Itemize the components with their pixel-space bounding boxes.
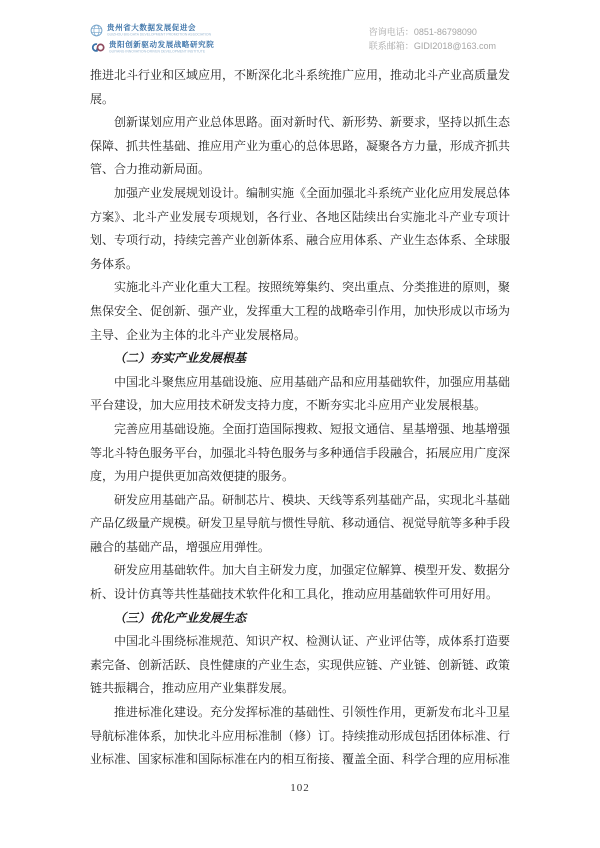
paragraph: 中国北斗聚焦应用基础设施、应用基础产品和应用基础软件，加强应用基础平台建设，加大… (90, 371, 510, 418)
document-page: { "colors": { "logo_blue": "#3a72a8", "l… (0, 0, 600, 848)
phone-label: 咨询电话： (369, 27, 414, 37)
document-body: 推进北斗行业和区域应用，不断深化北斗系统推广应用，推动北斗产业高质量发展。创新谋… (90, 64, 510, 772)
institute-logo: 贵阳创新驱动发展战略研究院 GUIYANG INNOVATION-DRIVEN … (90, 41, 229, 54)
paragraph: 创新谋划应用产业总体思路。面对新时代、新形势、新要求，坚持以抓生态保障、抓共性基… (90, 111, 510, 182)
phone-number: 0851-86798090 (414, 27, 477, 37)
paragraph: 推进北斗行业和区域应用，不断深化北斗系统推广应用，推动北斗产业高质量发展。 (90, 64, 510, 111)
paragraph: 研发应用基础产品。研制芯片、模块、天线等系列基础产品，实现北斗基础产品亿级量产规… (90, 489, 510, 560)
contact-email-line: 联系邮箱：GIDI2018@163.com (369, 39, 496, 53)
association-logo: 贵州省大数据发展促进会 GUIZHOU BIG DATA DEVELOPMENT… (90, 24, 229, 37)
page-number: 102 (0, 782, 600, 794)
email-address: GIDI2018@163.com (414, 41, 496, 51)
paragraph: 中国北斗围绕标准规范、知识产权、检测认证、产业评估等，成体系打造要素完备、创新活… (90, 630, 510, 701)
section-heading: （三）优化产业发展生态 (90, 607, 510, 631)
globe-icon (90, 24, 103, 37)
contact-info: 咨询电话：0851-86798090 联系邮箱：GIDI2018@163.com (369, 25, 496, 53)
email-label: 联系邮箱： (369, 41, 414, 51)
paragraph: 完善应用基础设施。全面打造国际搜救、短报文通信、星基增强、地基增强等北斗特色服务… (90, 418, 510, 489)
association-name: 贵州省大数据发展促进会 (107, 24, 229, 32)
paragraph: 实施北斗产业化重大工程。按照统筹集约、突出重点、分类推进的原则，聚焦保安全、促创… (90, 276, 510, 347)
paragraph: 加强产业发展规划设计。编制实施《全面加强北斗系统产业化应用发展总体方案》、北斗产… (90, 182, 510, 276)
paragraph: 推进标准化建设。充分发挥标准的基础性、引领性作用，更新发布北斗卫星导航标准体系，… (90, 701, 510, 772)
section-heading: （二）夯实产业发展根基 (90, 347, 510, 371)
association-name-en: GUIZHOU BIG DATA DEVELOPMENT PROMOTION A… (107, 32, 211, 36)
institute-name: 贵阳创新驱动发展战略研究院 (109, 41, 222, 49)
go-monogram-icon (90, 41, 105, 54)
institute-name-en: GUIYANG INNOVATION-DRIVEN DEVELOPMENT IN… (109, 49, 205, 53)
paragraph: 研发应用基础软件。加大自主研发力度，加强定位解算、模型开发、数据分析、设计仿真等… (90, 559, 510, 606)
header-logos: 贵州省大数据发展促进会 GUIZHOU BIG DATA DEVELOPMENT… (90, 24, 229, 58)
contact-phone-line: 咨询电话：0851-86798090 (369, 25, 496, 39)
